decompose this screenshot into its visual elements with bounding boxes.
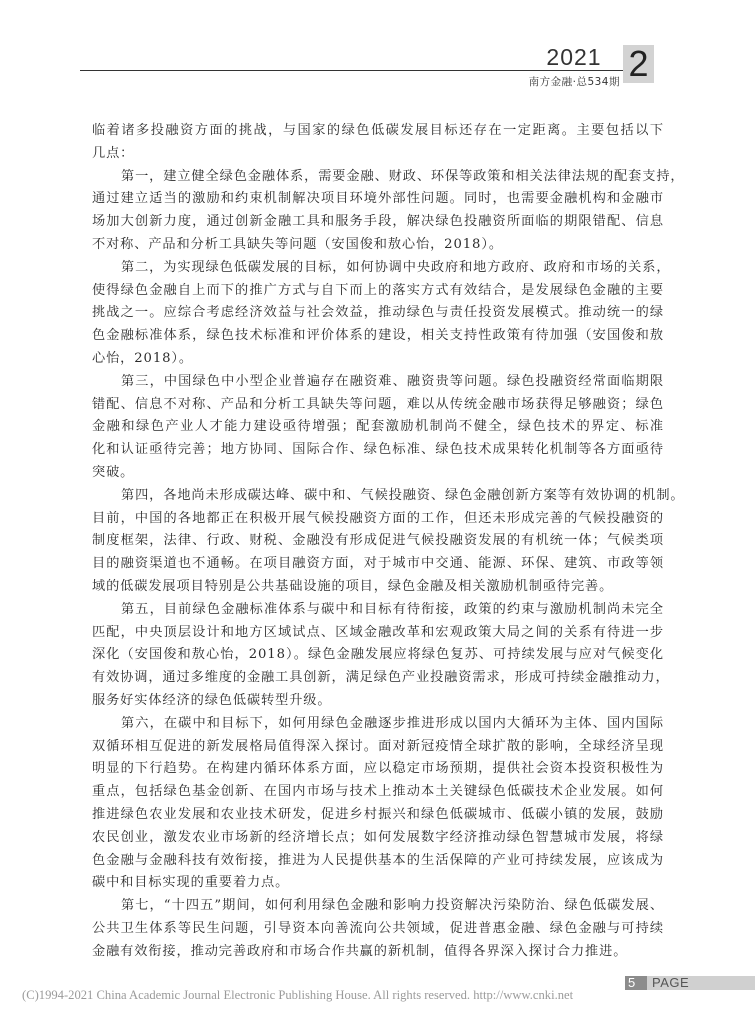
text-line: 第四，各地尚未形成碳达峰、碳中和、气候投融资、绿色金融创新方案等有效协调的机制。 <box>92 485 664 508</box>
text-line: 使得绿色金融自上而下的推广方式与自下而上的落实方式有效结合，是发展绿色金融的主要 <box>92 280 664 303</box>
text-line: 重点，包括绿色基金创新、在国内市场与技术上推动本土关键绿色低碳技术企业发展。如何 <box>92 781 664 804</box>
footer-page-label: PAGE <box>647 976 755 990</box>
footer-copyright: (C)1994-2021 China Academic Journal Elec… <box>22 988 573 1003</box>
text-line: 突破。 <box>92 462 664 485</box>
text-line: 不对称、产品和分析工具缺失等问题（安国俊和敖心怡，2018）。 <box>92 234 664 257</box>
footer-page-number: 5 <box>625 976 647 990</box>
text-line: 第一，建立健全绿色金融体系，需要金融、财政、环保等政策和相关法律法规的配套支持， <box>92 166 664 189</box>
text-line: 第二，为实现绿色低碳发展的目标，如何协调中央政府和地方政府、政府和市场的关系， <box>92 257 664 280</box>
text-line: 几点： <box>92 143 664 166</box>
text-line: 通过建立适当的激励和约束机制解决项目环境外部性问题。同时，也需要金融机构和金融市 <box>92 188 664 211</box>
text-line: 色金融标准体系，绿色技术标准和评价体系的建设，相关支持性政策有待加强（安国俊和敖 <box>92 325 664 348</box>
text-line: 推进绿色农业发展和农业技术研发，促进乡村振兴和绿色低碳城市、低碳小镇的发展，鼓励 <box>92 804 664 827</box>
text-line: 第三，中国绿色中小型企业普遍存在融资难、融资贵等问题。绿色投融资经常面临期限 <box>92 371 664 394</box>
text-line: 匹配，中央顶层设计和地方区域试点、区域金融改革和宏观政策大局之间的关系有待进一步 <box>92 622 664 645</box>
text-line: 目前，中国的各地都正在积极开展气候投融资方面的工作，但还未形成完善的气候投融资的 <box>92 508 664 531</box>
text-line: 深化（安国俊和敖心怡，2018）。绿色金融发展应将绿色复苏、可持续发展与应对气候… <box>92 644 664 667</box>
article-body: 临着诸多投融资方面的挑战，与国家的绿色低碳发展目标还存在一定距离。主要包括以下几… <box>92 120 664 963</box>
text-line: 第六，在碳中和目标下，如何用绿色金融逐步推进形成以国内大循环为主体、国内国际 <box>92 713 664 736</box>
text-line: 挑战之一。应综合考虑经济效益与社会效益，推动绿色与责任投资发展模式。推动统一的绿 <box>92 302 664 325</box>
text-line: 化和认证亟待完善；地方协同、国际合作、绿色标准、绿色技术成果转化机制等各方面亟待 <box>92 439 664 462</box>
text-line: 农民创业，激发农业市场新的经济增长点；如何发展数字经济推动绿色智慧城市发展，将绿 <box>92 827 664 850</box>
text-line: 错配、信息不对称、产品和分析工具缺失等问题，难以从传统金融市场获得足够融资；绿色 <box>92 394 664 417</box>
text-line: 色金融与金融科技有效衔接，推进为人民提供基本的生活保障的产业可持续发展，应该成为 <box>92 850 664 873</box>
text-line: 制度框架，法律、行政、财税、金融没有形成促进气候投融资发展的有机统一体；气候类项 <box>92 530 664 553</box>
text-line: 金融有效衔接，推动完善政府和市场合作共赢的新机制，值得各界深入探讨合力推进。 <box>92 941 664 964</box>
text-line: 有效协调，通过多维度的金融工具创新，满足绿色产业投融资需求，形成可持续金融推动力… <box>92 667 664 690</box>
text-line: 服务好实体经济的绿色低碳转型升级。 <box>92 690 664 713</box>
text-line: 双循环相互促进的新发展格局值得深入探讨。面对新冠疫情全球扩散的影响，全球经济呈现 <box>92 736 664 759</box>
header-issue-number-badge: 2 <box>623 45 654 83</box>
header-journal-issue: 南方金融·总534期 <box>500 74 620 89</box>
text-line: 第七，“十四五”期间，如何利用绿色金融和影响力投资解决污染防治、绿色低碳发展、 <box>92 895 664 918</box>
text-line: 临着诸多投融资方面的挑战，与国家的绿色低碳发展目标还存在一定距离。主要包括以下 <box>92 120 664 143</box>
text-line: 心怡，2018）。 <box>92 348 664 371</box>
text-line: 域的低碳发展项目特别是公共基础设施的项目，绿色金融及相关激励机制亟待完善。 <box>92 576 664 599</box>
text-line: 目的融资渠道也不通畅。在项目融资方面，对于城市中交通、能源、环保、建筑、市政等领 <box>92 553 664 576</box>
text-line: 金融和绿色产业人才能力建设亟待增强；配套激励机制尚不健全，绿色技术的界定、标准 <box>92 416 664 439</box>
text-line: 公共卫生体系等民生问题，引导资本向善流向公共领域，促进普惠金融、绿色金融与可持续 <box>92 918 664 941</box>
text-line: 明显的下行趋势。在构建内循环体系方面，应以稳定市场预期，提供社会资本投资积极性为 <box>92 758 664 781</box>
header-year: 2021 <box>534 44 614 71</box>
text-line: 碳中和目标实现的重要着力点。 <box>92 872 664 895</box>
text-line: 场加大创新力度，通过创新金融工具和服务手段，解决绿色投融资所面临的期限错配、信息 <box>92 211 664 234</box>
text-line: 第五，目前绿色金融标准体系与碳中和目标有待衔接，政策的约束与激励机制尚未完全 <box>92 599 664 622</box>
